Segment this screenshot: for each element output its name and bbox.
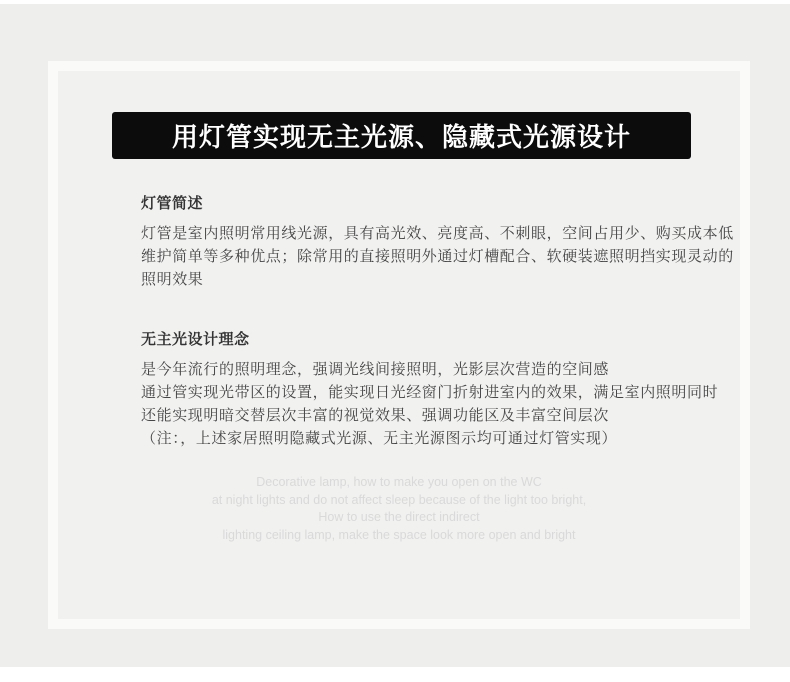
body-line: 通过管实现光带区的设置，能实现日光经窗门折射进室内的效果，满足室内照明同时 <box>141 381 751 404</box>
body-line: 维护简单等多种优点；除常用的直接照明外通过灯槽配合、软硬装遮照明挡实现灵动的 <box>141 245 751 268</box>
body-line: 灯管是室内照明常用线光源，具有高光效、亮度高、不刺眼，空间占用少、购买成本低 <box>141 222 751 245</box>
section-heading-no-main-light: 无主光设计理念 <box>141 330 751 350</box>
watermark-line: Decorative lamp, how to make you open on… <box>48 474 750 492</box>
section-lamp-overview: 灯管简述 灯管是室内照明常用线光源，具有高光效、亮度高、不刺眼，空间占用少、购买… <box>141 194 751 291</box>
background-panel: 用灯管实现无主光源、隐藏式光源设计 灯管简述 灯管是室内照明常用线光源，具有高光… <box>0 4 790 667</box>
section-no-main-light-concept: 无主光设计理念 是今年流行的照明理念，强调光线间接照明，光影层次营造的空间感 通… <box>141 330 751 450</box>
watermark-text-block: Decorative lamp, how to make you open on… <box>48 474 750 544</box>
body-line: （注：，上述家居照明隐藏式光源、无主光源图示均可通过灯管实现） <box>141 427 751 450</box>
body-line: 还能实现明暗交替层次丰富的视觉效果、强调功能区及丰富空间层次 <box>141 404 751 427</box>
page-title: 用灯管实现无主光源、隐藏式光源设计 <box>172 117 631 154</box>
title-banner: 用灯管实现无主光源、隐藏式光源设计 <box>112 112 691 159</box>
section-heading-lamp-overview: 灯管简述 <box>141 194 751 214</box>
watermark-line: lighting ceiling lamp, make the space lo… <box>48 527 750 545</box>
body-line: 是今年流行的照明理念，强调光线间接照明，光影层次营造的空间感 <box>141 358 751 381</box>
watermark-line: How to use the direct indirect <box>48 509 750 527</box>
body-line: 照明效果 <box>141 268 751 291</box>
watermark-line: at night lights and do not affect sleep … <box>48 492 750 510</box>
slide-canvas: 用灯管实现无主光源、隐藏式光源设计 灯管简述 灯管是室内照明常用线光源，具有高光… <box>0 0 790 682</box>
